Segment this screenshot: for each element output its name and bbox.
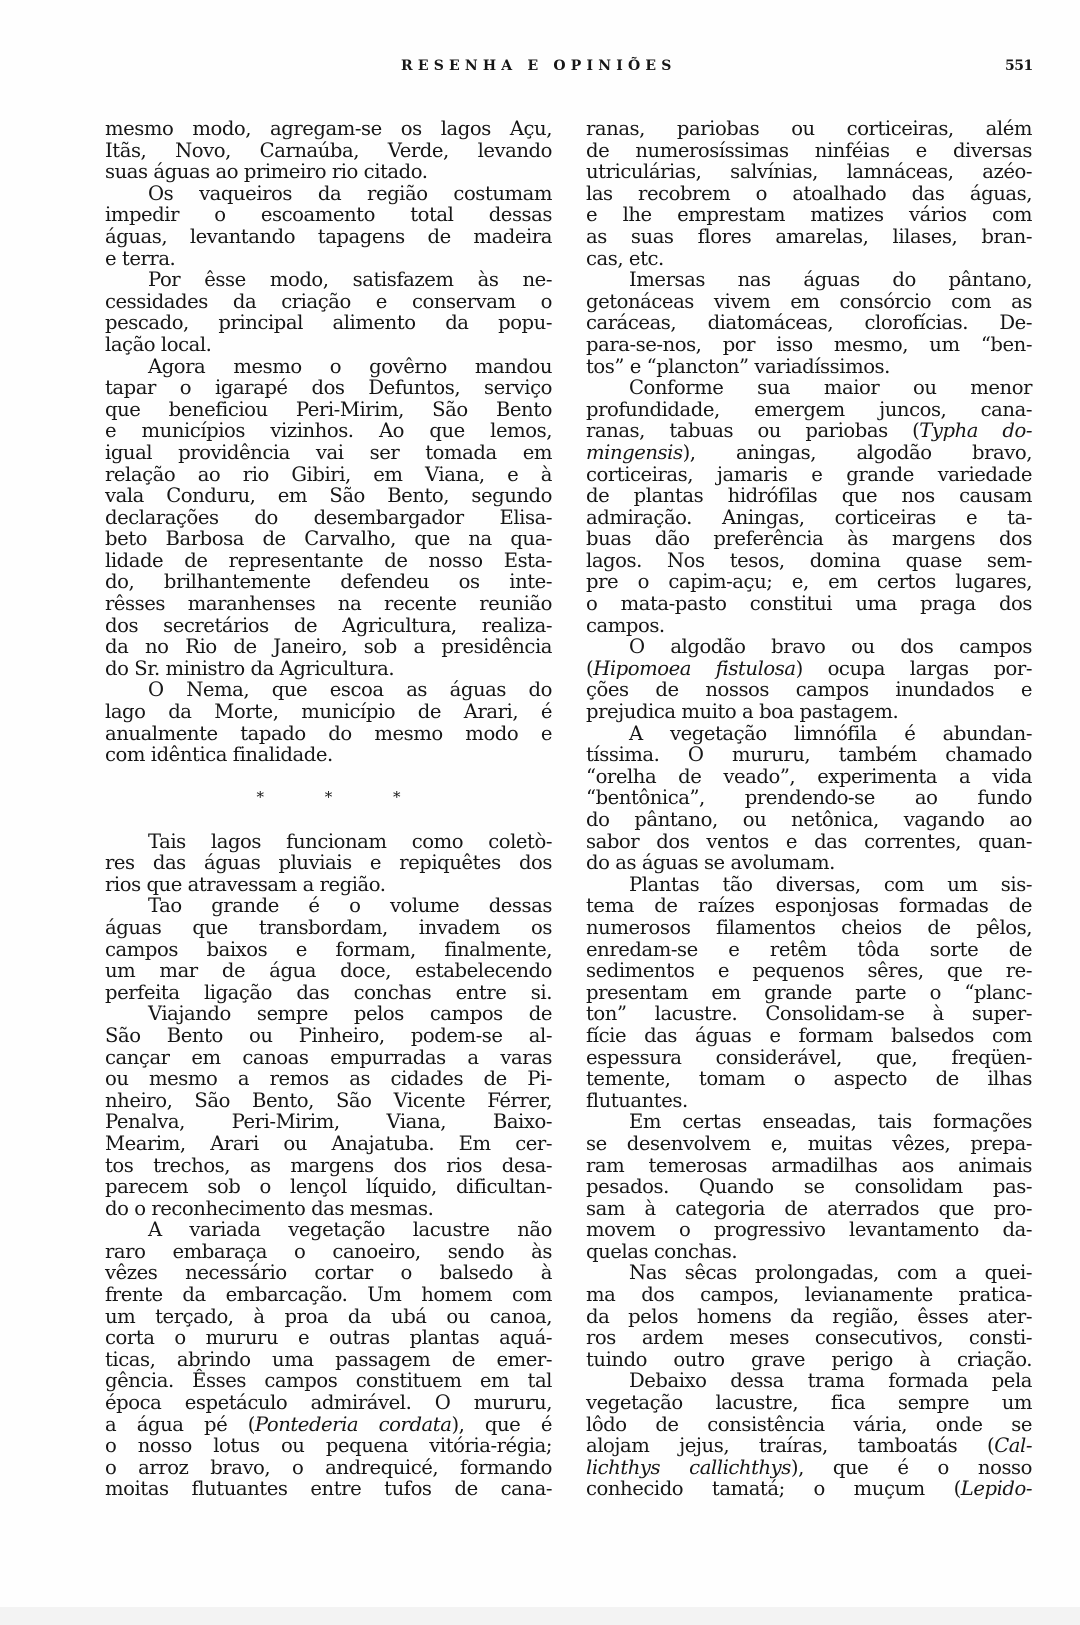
text-line: tuindo outro grave perigo à criação. [586, 1349, 1032, 1371]
text-line: ton” lacustre. Consolidam-se à super- [586, 1003, 1032, 1025]
text-line: O algodão bravo ou dos campos [586, 636, 1032, 658]
italic-species-name: lichthys callichthys [586, 1456, 791, 1479]
text-line: da no Rio de Janeiro, sob a presidência [105, 636, 552, 658]
text-run: ), que é o nosso [791, 1456, 1032, 1479]
text-line: declarações do desembargador Elisa- [105, 507, 552, 529]
text-line: (Hipomoea fistulosa) ocupa largas por- [586, 658, 1032, 680]
text-line: a água pé (Pontederia cordata), que é [105, 1414, 552, 1436]
text-line: frente da embarcação. Um homem com [105, 1284, 552, 1306]
text-line: o arroz bravo, o andrequicé, formando [105, 1457, 552, 1479]
text-line: moitas flutuantes entre tufos de cana- [105, 1478, 552, 1500]
italic-species-name: Pontederia cordata [255, 1413, 452, 1436]
text-line: vala Conduru, em São Bento, segundo [105, 485, 552, 507]
text-line: raro embaraça o canoeiro, sendo às [105, 1241, 552, 1263]
text-line: dos secretários de Agricultura, realiza- [105, 615, 552, 637]
text-line: águas que transbordam, invadem os [105, 917, 552, 939]
text-line: admiração. Aningas, corticeiras e ta- [586, 507, 1032, 529]
text-line: cançar em canoas empurradas a varas [105, 1047, 552, 1069]
text-line: Mearim, Arari ou Anajatuba. Em cer- [105, 1133, 552, 1155]
text-line: do, brilhantemente defendeu os inte- [105, 571, 552, 593]
text-line: pescado, principal alimento da popu- [105, 312, 552, 334]
text-line: cas, etc. [586, 248, 1032, 270]
text-line: lago da Morte, município de Arari, é [105, 701, 552, 723]
text-line: A vegetação limnófila é abundan- [586, 723, 1032, 745]
text-line: tos” e “plancton” variadíssimos. [586, 356, 1032, 378]
italic-species-name: Cal- [994, 1434, 1032, 1457]
text-line: lagos. Nos tesos, domina quase sem- [586, 550, 1032, 572]
text-line: águas, levantando tapagens de madeira [105, 226, 552, 248]
text-line: flutuantes. [586, 1090, 1032, 1112]
text-line: corticeiras, jamaris e grande variedade [586, 464, 1032, 486]
text-line: um terçado, à proa da ubá ou canoa, [105, 1306, 552, 1328]
text-line: beto Barbosa de Carvalho, que na qua- [105, 528, 552, 550]
text-run: ), aningas, algodão bravo, [683, 441, 1032, 464]
text-line: Agora mesmo o govêrno mandou [105, 356, 552, 378]
text-line: profundidade, emergem juncos, cana- [586, 399, 1032, 421]
text-line: perfeita ligação das conchas entre si. [105, 982, 552, 1004]
text-line: las recobrem o atoalhado das águas, [586, 183, 1032, 205]
text-line: ticas, abrindo uma passagem de emer- [105, 1349, 552, 1371]
text-line: Por êsse modo, satisfazem às ne- [105, 269, 552, 291]
text-line: temente, tomam o aspecto de ilhas [586, 1068, 1032, 1090]
text-line: parecem sob o lençol líquido, dificultan… [105, 1176, 552, 1198]
text-line: vegetação lacustre, fica sempre um [586, 1392, 1032, 1414]
text-run: ranas, tabuas ou pariobas ( [586, 419, 919, 442]
text-line: pesados. Quando se consolidam pas- [586, 1176, 1032, 1198]
text-run: a água pé ( [105, 1413, 255, 1436]
text-run: conhecido tamatá; o muçum ( [586, 1477, 961, 1500]
text-line: lidade de representante de nosso Esta- [105, 550, 552, 572]
text-line: Os vaqueiros da região costumam [105, 183, 552, 205]
text-run: ) ocupa largas por- [796, 657, 1032, 680]
text-line: da pelos homens da região, êsses ater- [586, 1306, 1032, 1328]
text-line: tos trechos, as margens dos rios desa- [105, 1155, 552, 1177]
text-line: impedir o escoamento total dessas [105, 204, 552, 226]
bottom-margin-band [0, 1607, 1080, 1625]
text-line: Nas sêcas prolongadas, com a quei- [586, 1262, 1032, 1284]
text-line: conhecido tamatá; o muçum (Lepido- [586, 1478, 1032, 1500]
text-line: lação local. [105, 334, 552, 356]
text-line: mingensis), aningas, algodão bravo, [586, 442, 1032, 464]
text-line: res das águas pluviais e repiquêtes dos [105, 852, 552, 874]
text-line: rêsses maranhenses na recente reunião [105, 593, 552, 615]
text-line: quelas conchas. [586, 1241, 1032, 1263]
text-line: que beneficiou Peri-Mirim, São Bento [105, 399, 552, 421]
right-text-column: ranas, pariobas ou corticeiras, alémde n… [586, 118, 1032, 1500]
text-line: Tais lagos funcionam como coletò- [105, 831, 552, 853]
text-run: alojam jejus, traíras, tamboatás ( [586, 1434, 994, 1457]
text-line: alojam jejus, traíras, tamboatás (Cal- [586, 1435, 1032, 1457]
text-line: gência. Êsses campos constituem em tal [105, 1370, 552, 1392]
text-line: buas dão preferência às margens dos [586, 528, 1032, 550]
text-line: Tao grande é o volume dessas [105, 895, 552, 917]
text-line: utriculárias, salvínias, lamnáceas, azéo… [586, 161, 1032, 183]
text-line: “bentônica”, prendendo-se ao fundo [586, 787, 1032, 809]
text-line: mesmo modo, agregam-se os lagos Açu, [105, 118, 552, 140]
text-line: e terra. [105, 248, 552, 270]
text-line: Penalva, Peri-Mirim, Viana, Baixo- [105, 1111, 552, 1133]
text-line: tema de raízes esponjosas formadas de [586, 895, 1032, 917]
text-line: o nosso lotus ou pequena vitória-régia; [105, 1435, 552, 1457]
text-line: prejudica muito a boa pastagem. [586, 701, 1032, 723]
page-number: 551 [1005, 58, 1033, 74]
text-line: tapar o igarapé dos Defuntos, serviço [105, 377, 552, 399]
section-break-asterisks: * * * [105, 787, 552, 809]
text-line: caráceas, diatomáceas, clorofícias. De- [586, 312, 1032, 334]
left-text-column: mesmo modo, agregam-se os lagos Açu,Itãs… [105, 118, 552, 1500]
italic-species-name: mingensis [586, 441, 683, 464]
text-line: presentam em grande parte o “planc- [586, 982, 1032, 1004]
text-line: e lhe emprestam matizes vários com [586, 204, 1032, 226]
text-line: fície das águas e formam balsedos com [586, 1025, 1032, 1047]
italic-species-name: Hipomoea fistulosa [593, 657, 795, 680]
text-line: cessidades da criação e conservam o [105, 291, 552, 313]
text-line: getonáceas vivem em consórcio com as [586, 291, 1032, 313]
text-line: as suas flores amarelas, lilases, bran- [586, 226, 1032, 248]
text-line: de plantas hidrófilas que nos causam [586, 485, 1032, 507]
text-line: do o reconhecimento das mesmas. [105, 1198, 552, 1220]
blank-line [105, 809, 552, 831]
text-line: época espetáculo admirável. O mururu, [105, 1392, 552, 1414]
text-line: um mar de água doce, estabelecendo [105, 960, 552, 982]
text-line: lichthys callichthys), que é o nosso [586, 1457, 1032, 1479]
text-line: do pântano, ou netônica, vagando ao [586, 809, 1032, 831]
text-line: rios que atravessam a região. [105, 874, 552, 896]
text-line: lôdo de consistência vária, onde se [586, 1414, 1032, 1436]
text-line: ções de nossos campos inundados e [586, 679, 1032, 701]
text-line: anualmente tapado do mesmo modo e [105, 723, 552, 745]
running-head-title: RESENHA E OPINIÕES [401, 58, 677, 74]
italic-species-name: Typha do- [919, 419, 1032, 442]
text-line: tíssima. O mururu, também chamado [586, 744, 1032, 766]
text-line: se desenvolvem e, muitas vêzes, prepa- [586, 1133, 1032, 1155]
text-line: vêzes necessário cortar o balsedo à [105, 1262, 552, 1284]
text-line: ma dos campos, levianamente pratica- [586, 1284, 1032, 1306]
text-line: nheiro, São Bento, São Vicente Férrer, [105, 1090, 552, 1112]
text-line: pre o capim-açu; e, em certos lugares, [586, 571, 1032, 593]
text-line: do Sr. ministro da Agricultura. [105, 658, 552, 680]
text-line: relação ao rio Gibiri, em Viana, e à [105, 464, 552, 486]
text-line: sam à categoria de aterrados que pro- [586, 1198, 1032, 1220]
text-line: Itãs, Novo, Carnaúba, Verde, levando [105, 140, 552, 162]
text-line: de numerosíssimas ninféias e diversas [586, 140, 1032, 162]
text-line: corta o mururu e outras plantas aquá- [105, 1327, 552, 1349]
text-line: O Nema, que escoa as águas do [105, 679, 552, 701]
text-line: ranas, pariobas ou corticeiras, além [586, 118, 1032, 140]
italic-species-name: Lepido- [961, 1477, 1032, 1500]
text-line: São Bento ou Pinheiro, podem-se al- [105, 1025, 552, 1047]
text-line: sedimentos e pequenos sêres, que re- [586, 960, 1032, 982]
text-line: e municípios vizinhos. Ao que lemos, [105, 420, 552, 442]
text-line: suas águas ao primeiro rio citado. [105, 161, 552, 183]
text-line: com idêntica finalidade. [105, 744, 552, 766]
text-line: Conforme sua maior ou menor [586, 377, 1032, 399]
text-line: ros ardem meses consecutivos, consti- [586, 1327, 1032, 1349]
text-line: ranas, tabuas ou pariobas (Typha do- [586, 420, 1032, 442]
text-line: ou mesmo a remos as cidades de Pi- [105, 1068, 552, 1090]
text-line: sabor dos ventos e das correntes, quan- [586, 831, 1032, 853]
text-line: do as águas se avolumam. [586, 852, 1032, 874]
text-line: Debaixo dessa trama formada pela [586, 1370, 1032, 1392]
text-line: movem o progressivo levantamento da- [586, 1219, 1032, 1241]
text-line: campos. [586, 615, 1032, 637]
text-line: Viajando sempre pelos campos de [105, 1003, 552, 1025]
text-line: “orelha de veado”, experimenta a vida [586, 766, 1032, 788]
text-line: ram temerosas armadilhas aos animais [586, 1155, 1032, 1177]
text-line: igual providência vai ser tomada em [105, 442, 552, 464]
text-line: Em certas enseadas, tais formações [586, 1111, 1032, 1133]
text-line: o mata-pasto constitui uma praga dos [586, 593, 1032, 615]
text-line: Imersas nas águas do pântano, [586, 269, 1032, 291]
text-line: enredam-se e retêm tôda sorte de [586, 939, 1032, 961]
blank-line [105, 766, 552, 788]
text-run: ), que é [451, 1413, 552, 1436]
text-line: campos baixos e formam, finalmente, [105, 939, 552, 961]
text-line: para-se-nos, por isso mesmo, um “ben- [586, 334, 1032, 356]
text-line: A variada vegetação lacustre não [105, 1219, 552, 1241]
text-line: numerosos filamentos cheios de pêlos, [586, 917, 1032, 939]
text-line: Plantas tão diversas, com um sis- [586, 874, 1032, 896]
text-line: espessura considerável, que, freqüen- [586, 1047, 1032, 1069]
